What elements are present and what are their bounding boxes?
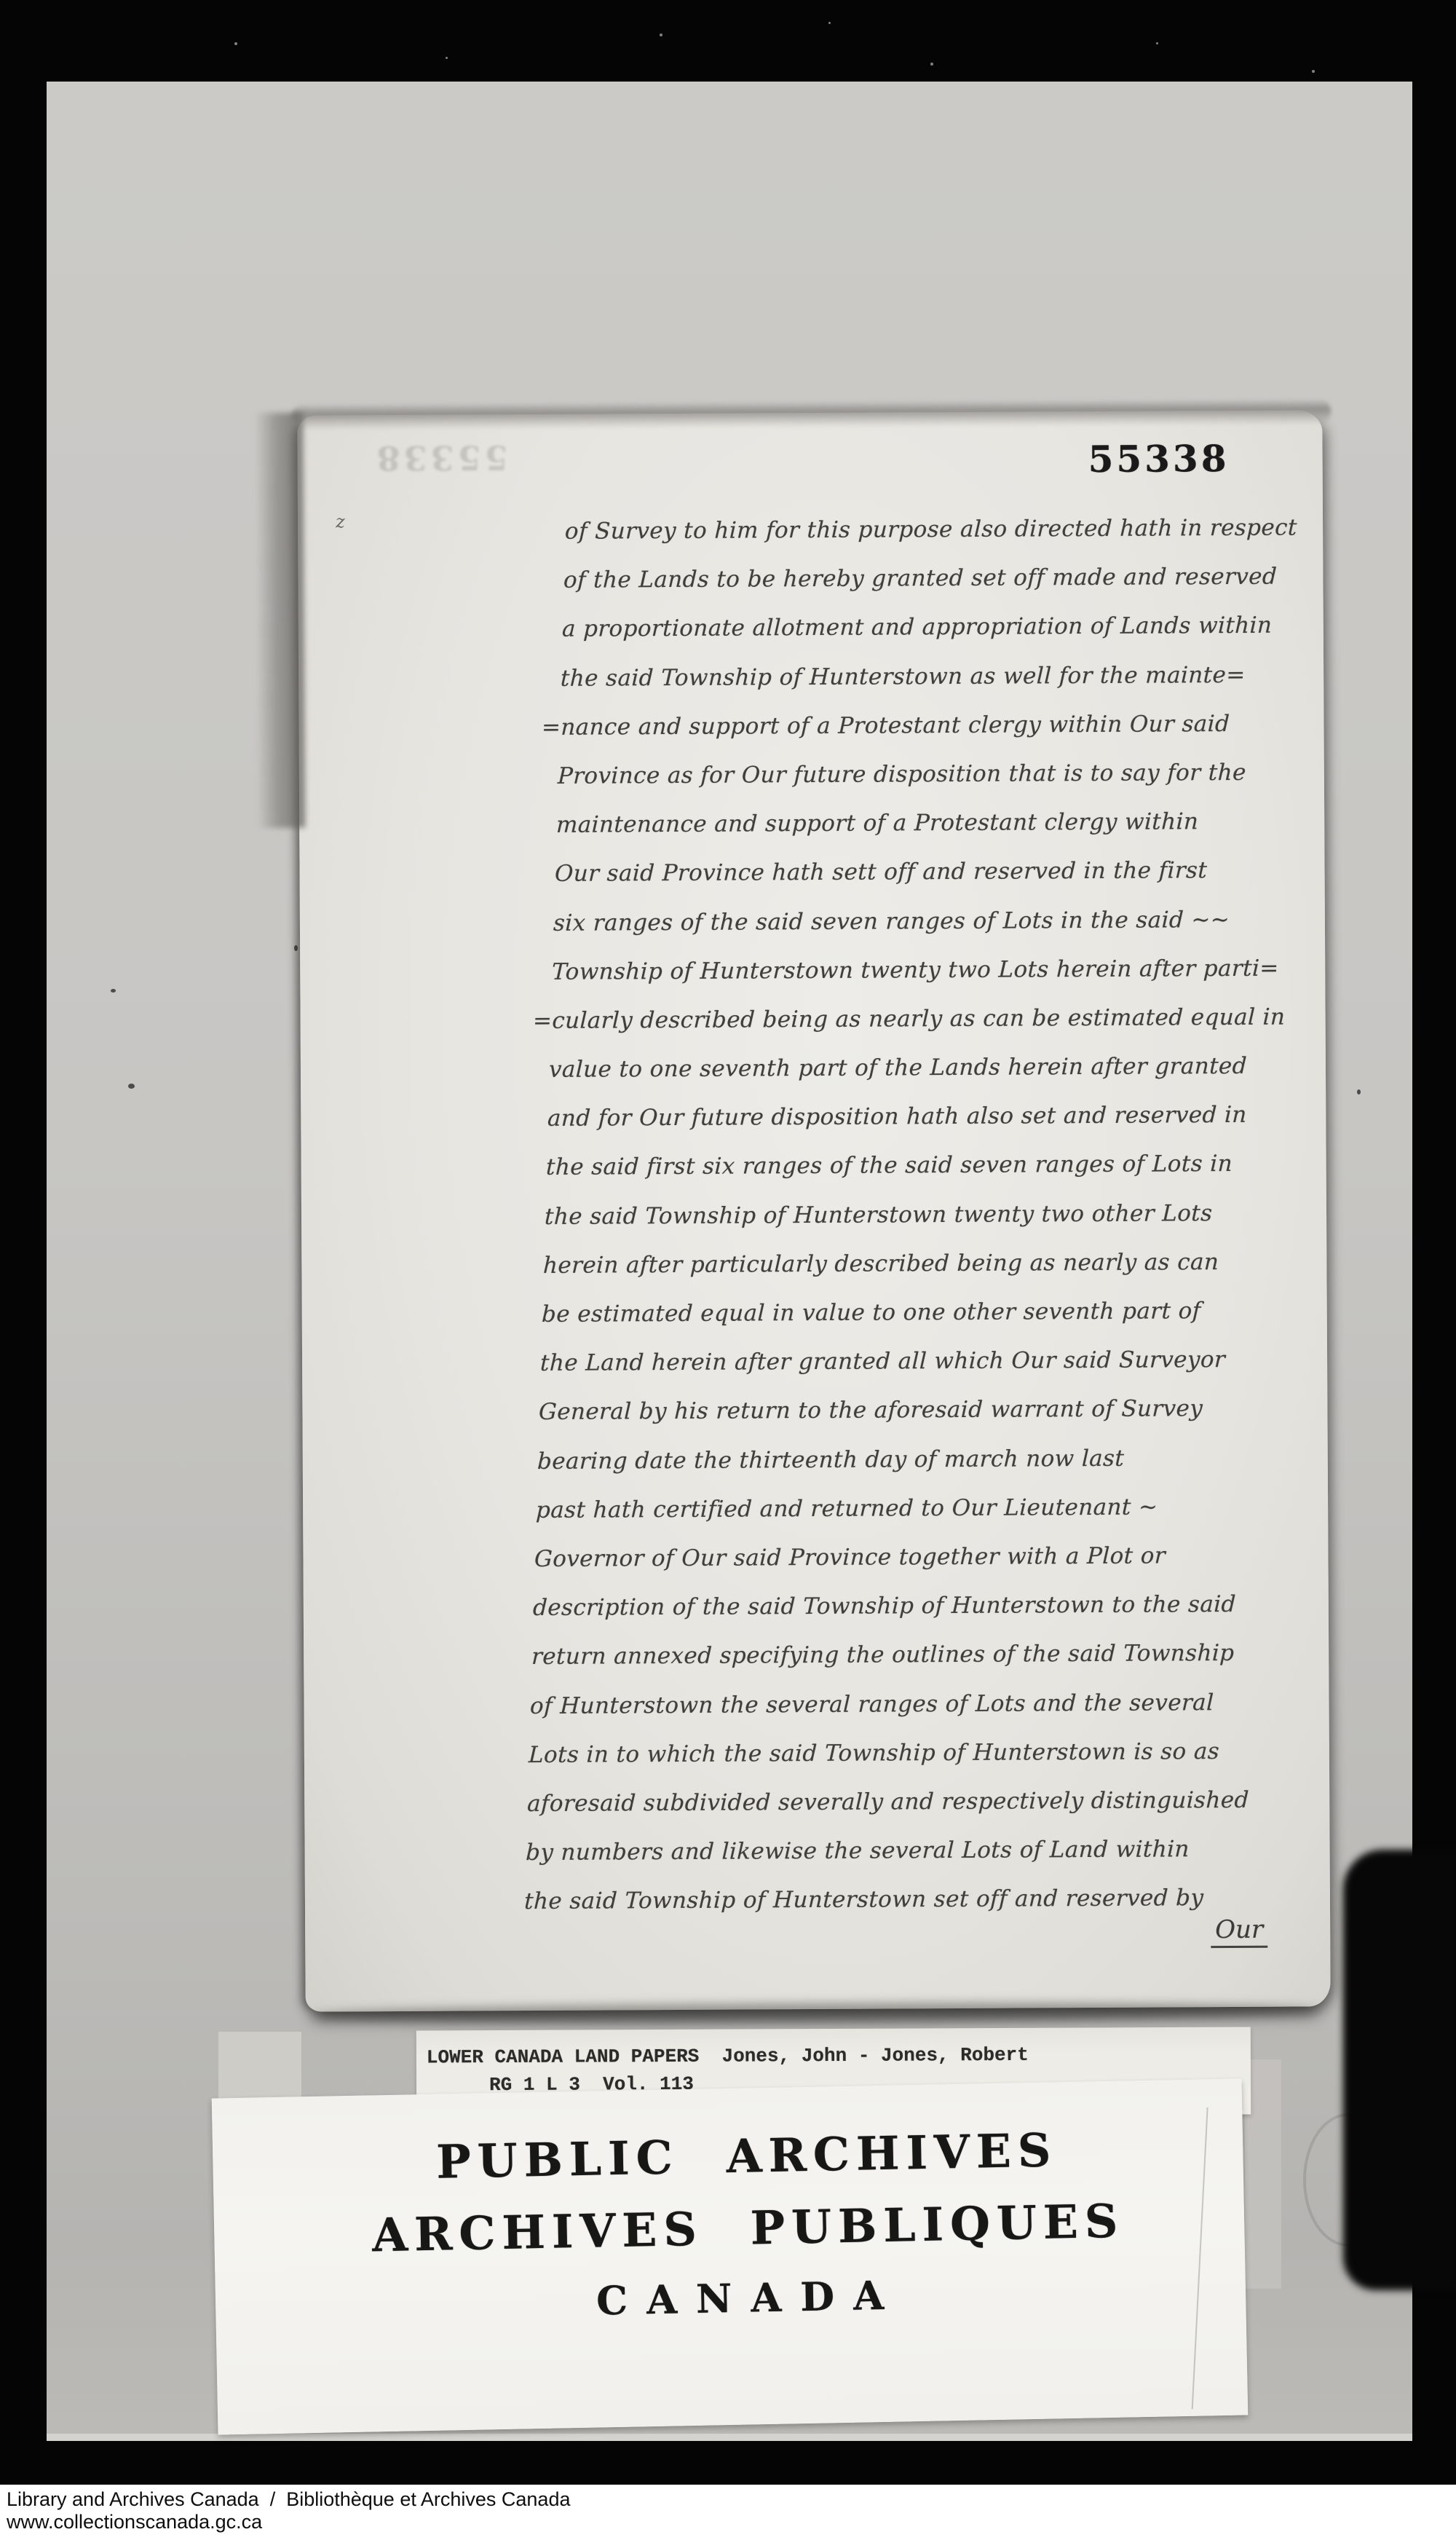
footer: Library and Archives Canada / Bibliothèq… bbox=[0, 2485, 1456, 2540]
manuscript-line: six ranges of the said seven ranges of L… bbox=[553, 895, 1289, 947]
manuscript-page: 55338 55338 z of Survey to him for this … bbox=[297, 410, 1330, 2011]
manuscript-line: aforesaid subdivided severally and respe… bbox=[526, 1776, 1263, 1829]
dust-speck bbox=[294, 945, 298, 951]
film-edge-patch bbox=[1343, 1850, 1456, 2290]
photostat-scan: 55338 55338 z of Survey to him for this … bbox=[0, 0, 1456, 2540]
dust-speck bbox=[1357, 1089, 1361, 1095]
manuscript-line: Our said Province hath sett off and rese… bbox=[554, 846, 1291, 899]
manuscript-line: Township of Hunterstown twenty two Lots … bbox=[551, 944, 1288, 996]
manuscript-line: of the Lands to be hereby granted set of… bbox=[563, 553, 1299, 605]
film-speck bbox=[234, 42, 237, 45]
film-speck bbox=[660, 33, 662, 36]
film-speck bbox=[1156, 42, 1158, 44]
manuscript-line: the said Township of Hunterstown as well… bbox=[560, 650, 1297, 703]
manuscript-line: the said Township of Hunterstown set off… bbox=[523, 1874, 1260, 1926]
manuscript-line: by numbers and likewise the several Lots… bbox=[525, 1825, 1262, 1877]
manuscript-line: =cularly described being as nearly as ca… bbox=[532, 993, 1286, 1046]
page-top-edge-shadow bbox=[291, 398, 1331, 430]
folio-number-stamp: 55338 bbox=[1088, 437, 1229, 481]
manuscript-line: =nance and support of a Protestant clerg… bbox=[541, 699, 1295, 752]
film-speck bbox=[930, 63, 933, 66]
manuscript-line: the said Township of Hunterstown twenty … bbox=[544, 1188, 1281, 1241]
manuscript-line: Lots in to which the said Township of Hu… bbox=[528, 1727, 1265, 1779]
bleedthrough-folio-number: 55338 bbox=[373, 438, 507, 478]
manuscript-line: of Survey to him for this purpose also d… bbox=[564, 503, 1301, 556]
dust-speck bbox=[111, 989, 116, 993]
manuscript-line: description of the said Township of Hunt… bbox=[532, 1580, 1269, 1633]
footer-institution: Library and Archives Canada / Bibliothèq… bbox=[7, 2488, 570, 2511]
dust-speck bbox=[128, 1084, 135, 1089]
manuscript-line: a proportionate allotment and appropriat… bbox=[561, 602, 1298, 654]
manuscript-line: herein after particularly described bein… bbox=[542, 1237, 1279, 1290]
manuscript-line: return annexed specifying the outlines o… bbox=[531, 1629, 1267, 1681]
manuscript-line: past hath certified and returned to Our … bbox=[535, 1482, 1272, 1534]
manuscript-line: bearing date the thirteenth day of march… bbox=[537, 1433, 1273, 1486]
film-speck bbox=[1312, 70, 1315, 73]
catchword: Our bbox=[1211, 1915, 1267, 1948]
film-speck bbox=[446, 57, 448, 59]
manuscript-line: General by his return to the aforesaid w… bbox=[538, 1384, 1275, 1437]
footer-url: www.collectionscanada.gc.ca bbox=[7, 2511, 262, 2533]
manuscript-line: be estimated equal in value to one other… bbox=[541, 1287, 1278, 1339]
label-title: LOWER CANADA LAND PAPERS Jones, John - J… bbox=[427, 2044, 1029, 2069]
manuscript-line: and for Our future disposition hath also… bbox=[547, 1091, 1283, 1143]
manuscript-line: Province as for Our future disposition t… bbox=[557, 748, 1294, 800]
manuscript-line: of Hunterstown the several ranges of Lot… bbox=[529, 1678, 1266, 1730]
public-archives-stamp: PUBLIC ARCHIVES ARCHIVES PUBLIQUES CANAD… bbox=[212, 2078, 1246, 2341]
manuscript-line: the said first six ranges of the said se… bbox=[545, 1140, 1282, 1192]
page-left-shadow bbox=[255, 413, 305, 828]
manuscript-line: maintenance and support of a Protestant … bbox=[555, 797, 1292, 850]
page-bottom-shadow bbox=[310, 2000, 1321, 2024]
margin-mark: z bbox=[336, 511, 345, 532]
film-speck bbox=[828, 22, 831, 24]
manuscript-line: Governor of Our said Province together w… bbox=[534, 1531, 1270, 1584]
photo-area: 55338 55338 z of Survey to him for this … bbox=[47, 82, 1412, 2441]
manuscript-line: the Land herein after granted all which … bbox=[539, 1336, 1276, 1388]
manuscript-line: value to one seventh part of the Lands h… bbox=[548, 1042, 1285, 1095]
public-archives-card: PUBLIC ARCHIVES ARCHIVES PUBLIQUES CANAD… bbox=[212, 2078, 1249, 2434]
manuscript-text: of Survey to him for this purpose also d… bbox=[523, 503, 1301, 1926]
